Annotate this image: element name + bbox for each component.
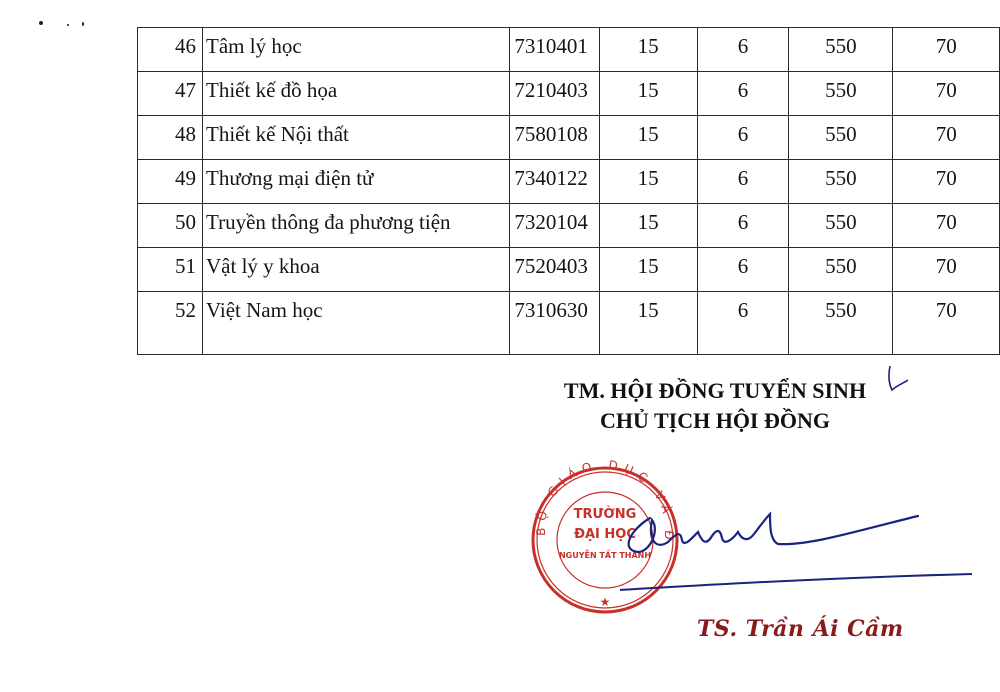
svg-text:★: ★: [600, 595, 611, 609]
value-col-1: 15: [599, 292, 697, 355]
value-col-4: 70: [893, 204, 1000, 248]
value-col-3: 550: [789, 72, 893, 116]
scan-speck: [82, 22, 84, 26]
signature-heading-line2: CHỦ TỊCH HỘI ĐỒNG: [515, 406, 915, 436]
table-row: 49Thương mại điện tử734012215655070: [138, 160, 1000, 204]
value-col-1: 15: [599, 248, 697, 292]
major-name: Truyền thông đa phương tiện: [203, 204, 510, 248]
value-col-2: 6: [697, 160, 789, 204]
value-col-3: 550: [789, 292, 893, 355]
major-code: 7580108: [510, 116, 599, 160]
signature-heading: TM. HỘI ĐỒNG TUYỂN SINH CHỦ TỊCH HỘI ĐỒN…: [515, 376, 915, 436]
value-col-3: 550: [789, 204, 893, 248]
handwritten-signature: [620, 490, 1000, 600]
value-col-3: 550: [789, 160, 893, 204]
scan-speck: [67, 24, 69, 26]
value-col-4: 70: [893, 248, 1000, 292]
value-col-2: 6: [697, 204, 789, 248]
value-col-3: 550: [789, 248, 893, 292]
table-row: 47Thiết kế đồ họa721040315655070: [138, 72, 1000, 116]
major-name: Thương mại điện tử: [203, 160, 510, 204]
major-name: Vật lý y khoa: [203, 248, 510, 292]
major-code: 7520403: [510, 248, 599, 292]
table-row: 46Tâm lý học731040115655070: [138, 28, 1000, 72]
table-row: 50Truyền thông đa phương tiện73201041565…: [138, 204, 1000, 248]
value-col-2: 6: [697, 248, 789, 292]
pen-tick-mark: [880, 362, 916, 398]
major-code: 7310630: [510, 292, 599, 355]
signature-heading-line1: TM. HỘI ĐỒNG TUYỂN SINH: [515, 376, 915, 406]
row-number: 46: [138, 28, 203, 72]
row-number: 51: [138, 248, 203, 292]
major-code: 7340122: [510, 160, 599, 204]
major-code: 7310401: [510, 28, 599, 72]
value-col-1: 15: [599, 116, 697, 160]
row-number: 48: [138, 116, 203, 160]
row-number: 47: [138, 72, 203, 116]
table-row: 48Thiết kế Nội thất758010815655070: [138, 116, 1000, 160]
value-col-4: 70: [893, 72, 1000, 116]
value-col-4: 70: [893, 160, 1000, 204]
value-col-1: 15: [599, 28, 697, 72]
admission-quota-table: 46Tâm lý học73104011565507047Thiết kế đồ…: [137, 27, 1000, 355]
scan-speck: [39, 21, 43, 25]
value-col-1: 15: [599, 204, 697, 248]
row-number: 49: [138, 160, 203, 204]
value-col-2: 6: [697, 72, 789, 116]
value-col-4: 70: [893, 292, 1000, 355]
signer-name: TS. Trần Ái Cầm: [697, 616, 904, 642]
major-name: Thiết kế đồ họa: [203, 72, 510, 116]
major-name: Thiết kế Nội thất: [203, 116, 510, 160]
value-col-2: 6: [697, 28, 789, 72]
value-col-3: 550: [789, 28, 893, 72]
value-col-2: 6: [697, 292, 789, 355]
major-name: Việt Nam học: [203, 292, 510, 355]
value-col-1: 15: [599, 72, 697, 116]
value-col-2: 6: [697, 116, 789, 160]
row-number: 52: [138, 292, 203, 355]
value-col-1: 15: [599, 160, 697, 204]
table-row: 52Việt Nam học731063015655070: [138, 292, 1000, 355]
row-number: 50: [138, 204, 203, 248]
value-col-4: 70: [893, 28, 1000, 72]
table-row: 51Vật lý y khoa752040315655070: [138, 248, 1000, 292]
major-code: 7320104: [510, 204, 599, 248]
value-col-4: 70: [893, 116, 1000, 160]
value-col-3: 550: [789, 116, 893, 160]
major-name: Tâm lý học: [203, 28, 510, 72]
major-code: 7210403: [510, 72, 599, 116]
